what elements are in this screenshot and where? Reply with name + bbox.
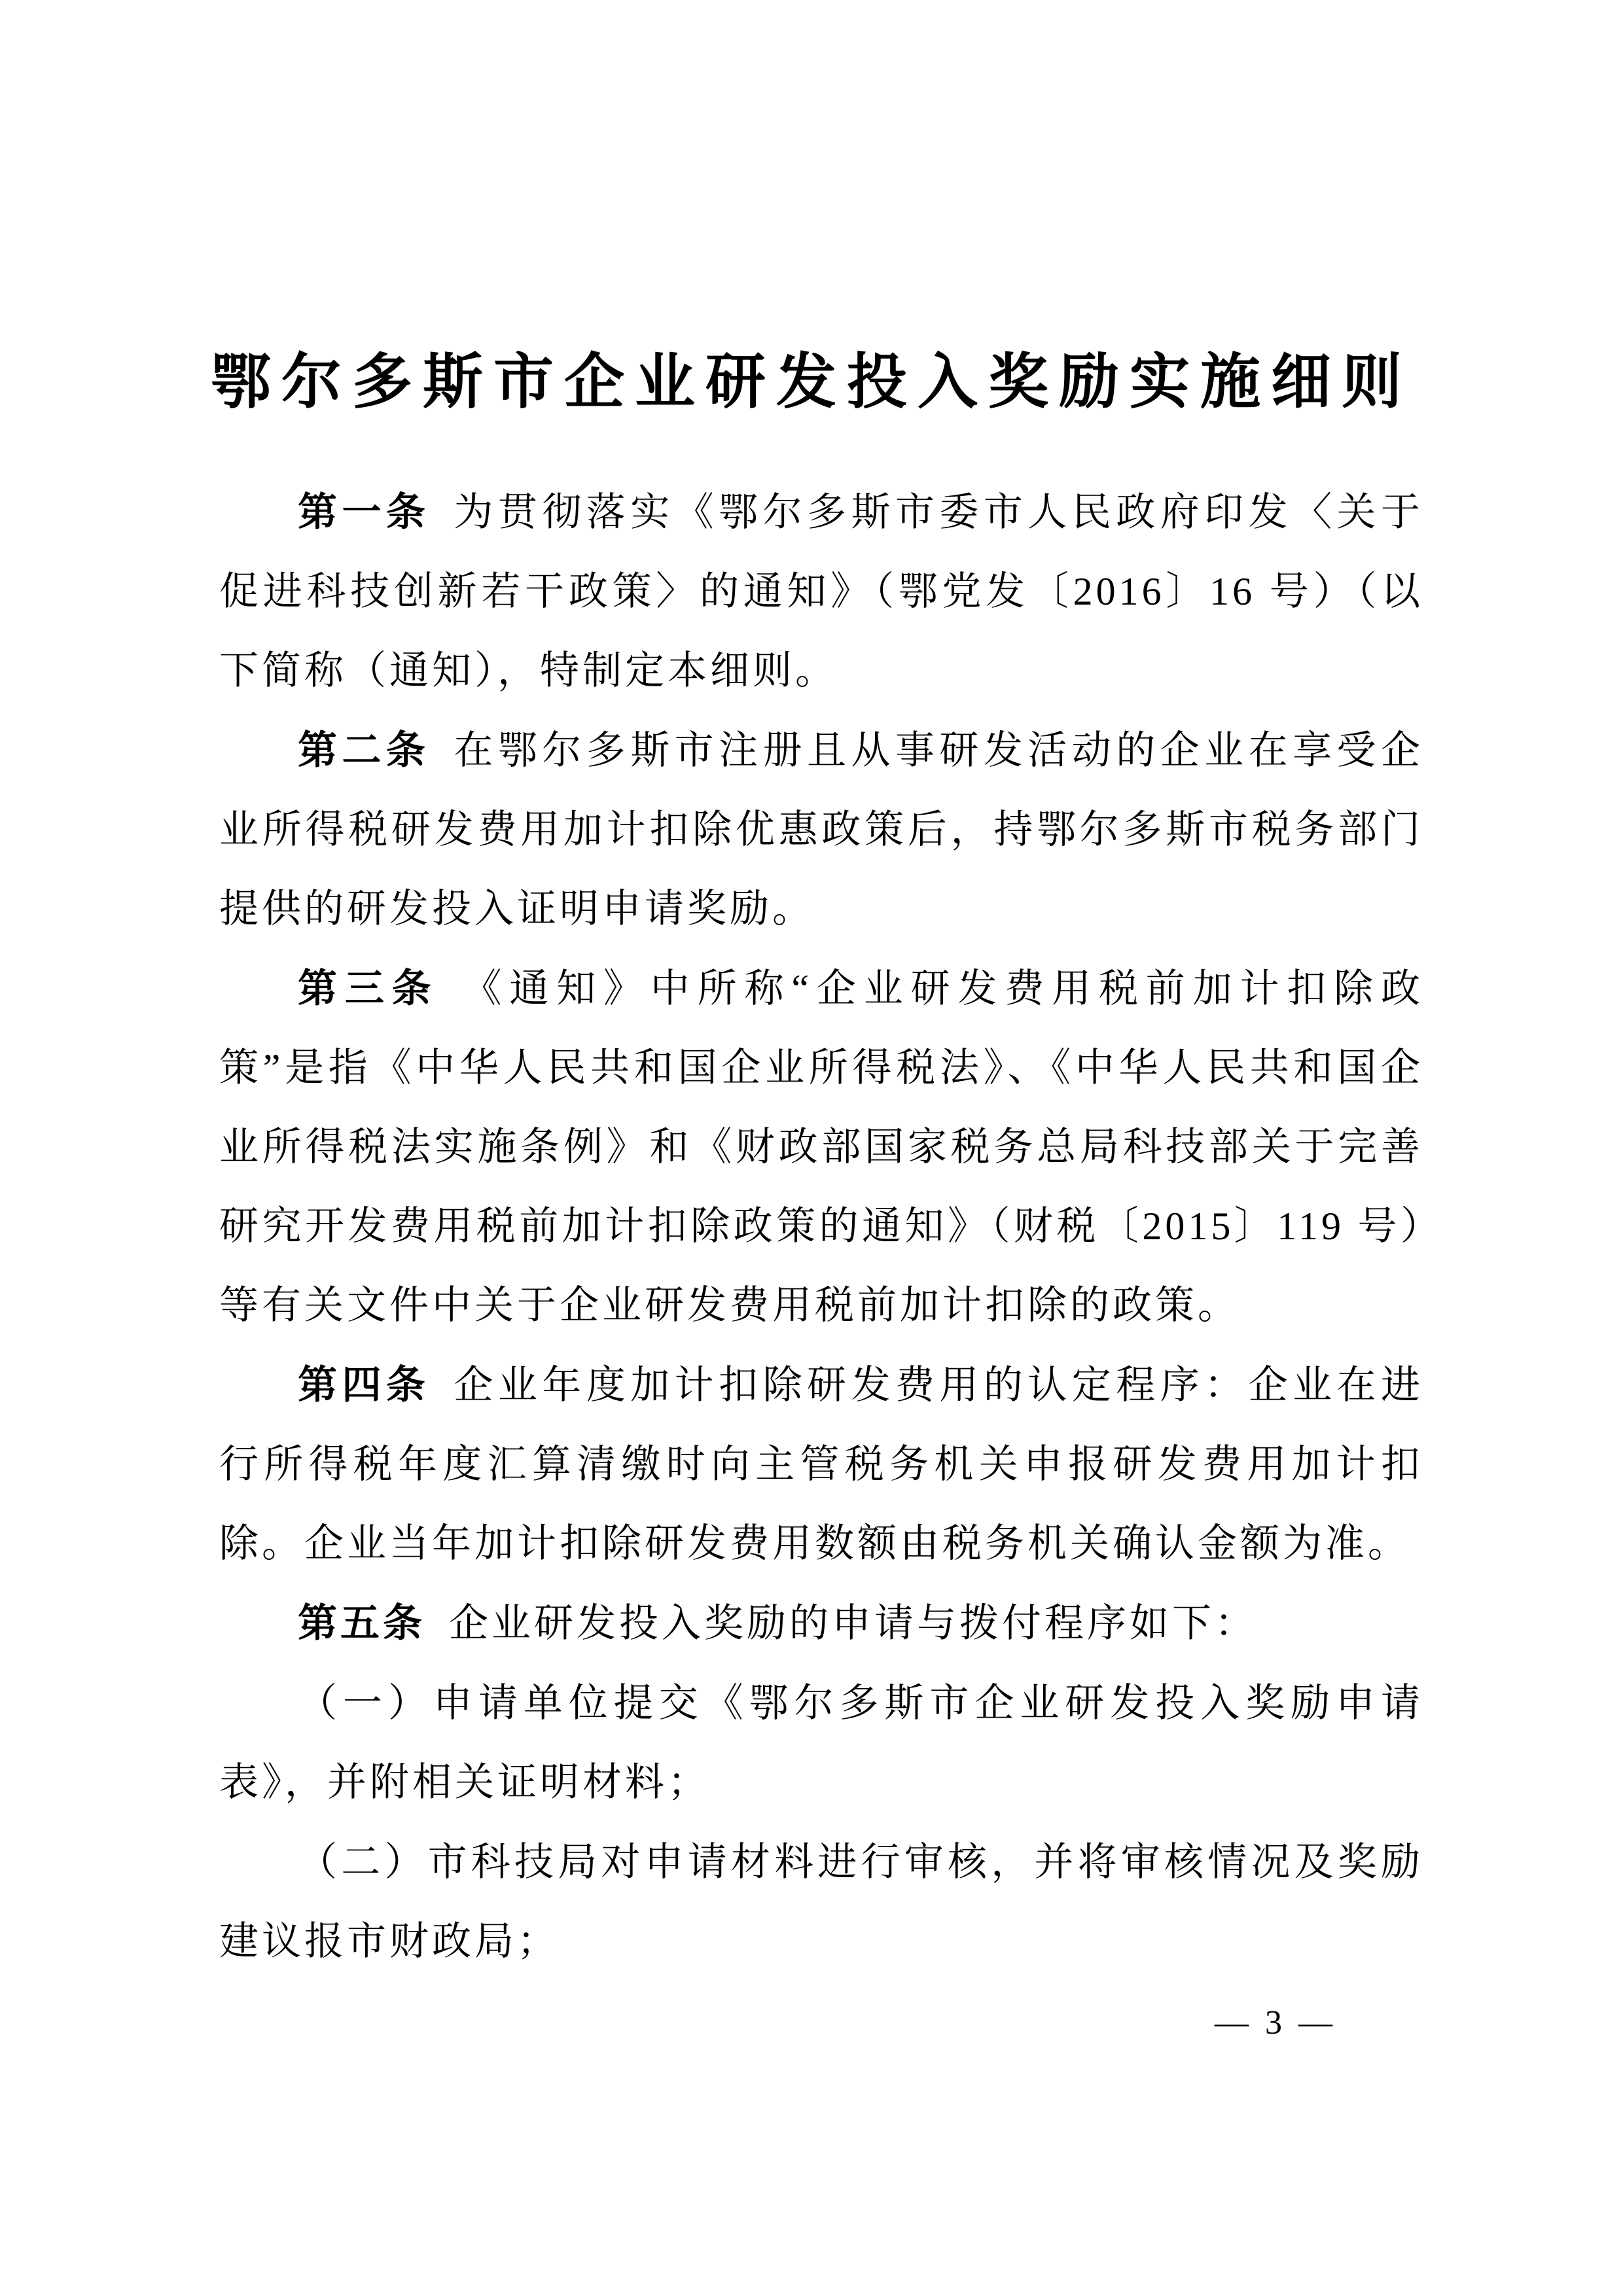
article-4-label: 第四条: [298, 1363, 430, 1407]
paragraph-article-1: 第一条为贯彻落实《鄂尔多斯市委市人民政府印发〈关于促进科技创新若干政策〉的通知》…: [219, 472, 1423, 711]
paragraph-item-1: （一）申请单位提交《鄂尔多斯市企业研发投入奖励申请表》，并附相关证明材料；: [219, 1663, 1423, 1822]
article-2-label: 第二条: [298, 728, 430, 772]
document-page: 鄂尔多斯市企业研发投入奖励实施细则 第一条为贯彻落实《鄂尔多斯市委市人民政府印发…: [0, 0, 1623, 2296]
paragraph-article-4: 第四条企业年度加计扣除研发费用的认定程序：企业在进行所得税年度汇算清缴时向主管税…: [219, 1345, 1423, 1583]
paragraph-item-2: （二）市科技局对申请材料进行审核，并将审核情况及奖励建议报市财政局；: [219, 1822, 1423, 1981]
article-3-label: 第三条: [298, 966, 439, 1010]
document-title: 鄂尔多斯市企业研发投入奖励实施细则: [0, 349, 1623, 415]
article-1-label: 第一条: [298, 490, 430, 534]
article-3-text: 《通知》中所称“企业研发费用税前加计扣除政策”是指《中华人民共和国企业所得税法》…: [219, 967, 1423, 1327]
page-number: — 3 —: [1215, 2004, 1336, 2042]
document-body: 第一条为贯彻落实《鄂尔多斯市委市人民政府印发〈关于促进科技创新若干政策〉的通知》…: [219, 472, 1423, 1981]
paragraph-article-5: 第五条企业研发投入奖励的申请与拨付程序如下：: [219, 1583, 1423, 1663]
paragraph-article-2: 第二条在鄂尔多斯市注册且从事研发活动的企业在享受企业所得税研发费用加计扣除优惠政…: [219, 711, 1423, 949]
item-2-text: （二）市科技局对申请材料进行审核，并将审核情况及奖励建议报市财政局；: [219, 1841, 1423, 1963]
article-5-label: 第五条: [298, 1601, 425, 1645]
article-5-text: 企业研发投入奖励的申请与拨付程序如下：: [449, 1602, 1257, 1645]
item-1-text: （一）申请单位提交《鄂尔多斯市企业研发投入奖励申请表》，并附相关证明材料；: [219, 1682, 1423, 1804]
paragraph-article-3: 第三条《通知》中所称“企业研发费用税前加计扣除政策”是指《中华人民共和国企业所得…: [219, 949, 1423, 1345]
